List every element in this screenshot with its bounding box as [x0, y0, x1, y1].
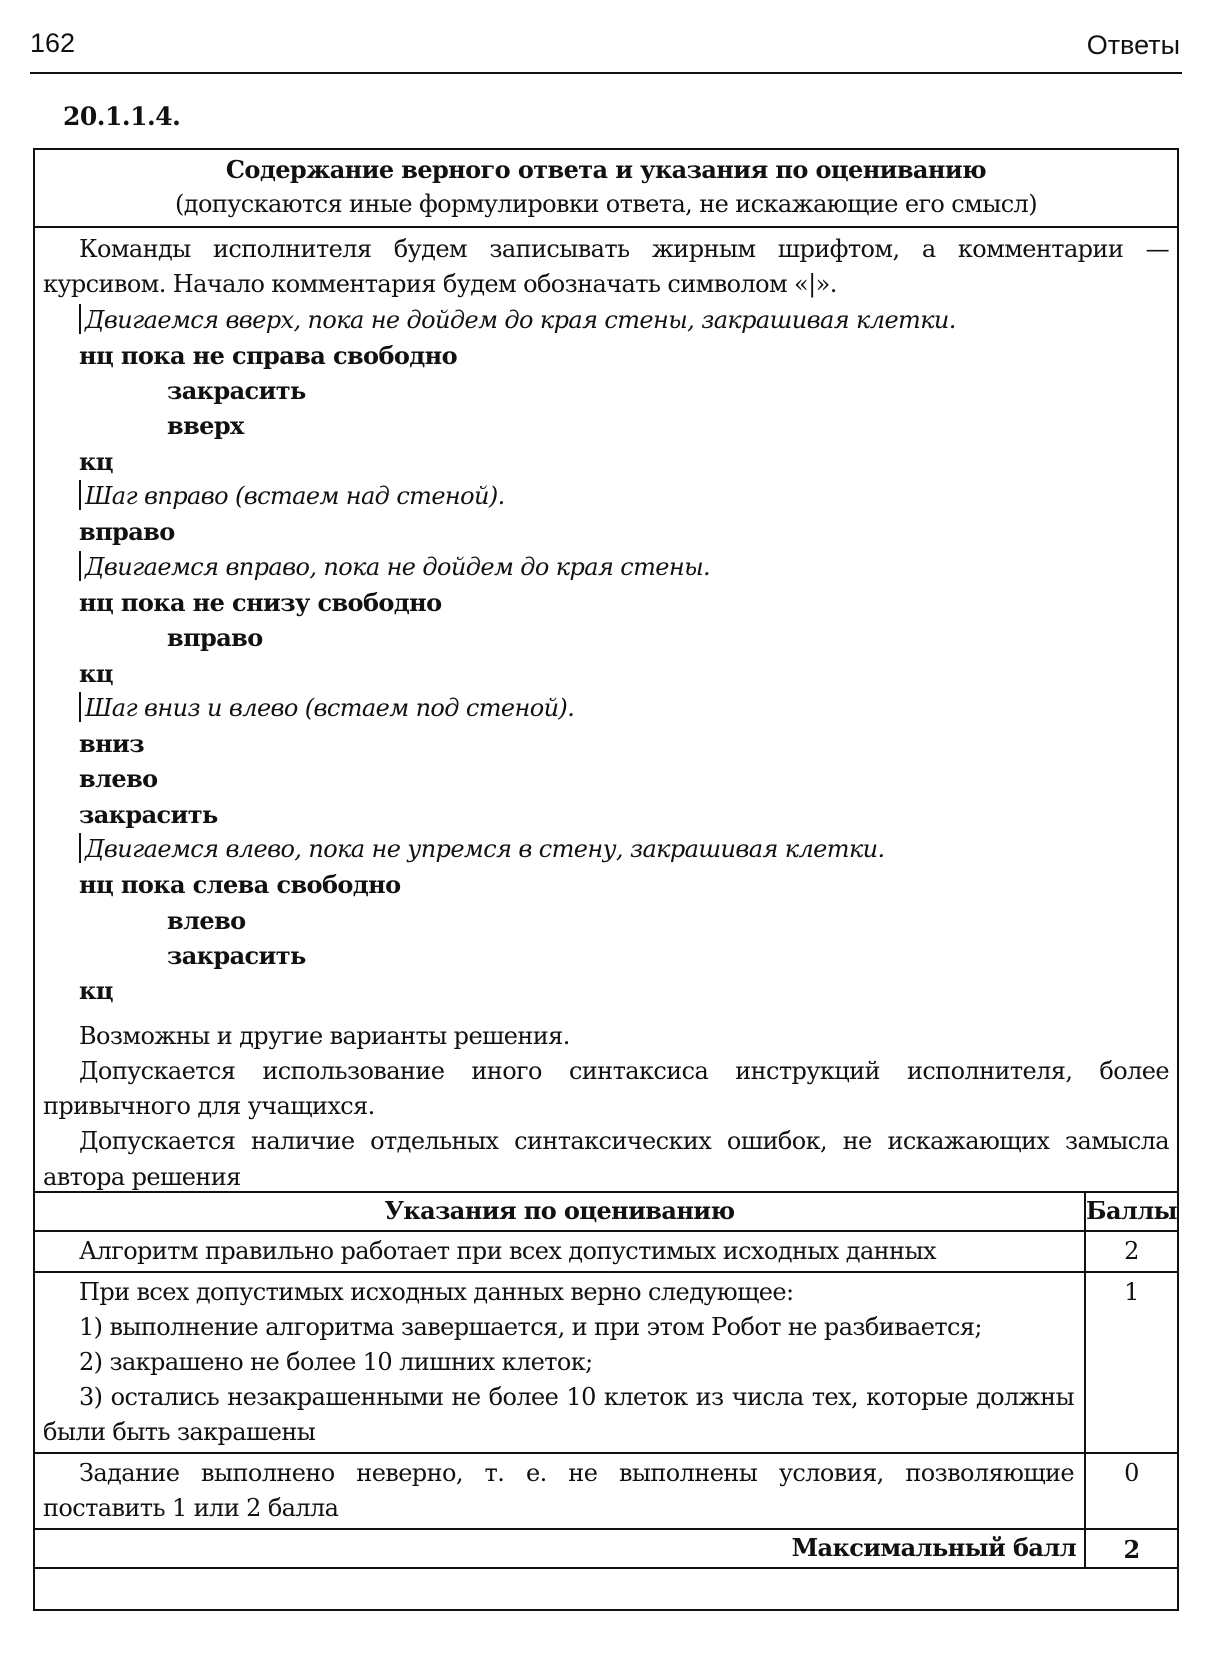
note-paragraph: Допускается наличие отдельных синтаксиче… — [43, 1124, 1169, 1195]
comment-marker-icon — [79, 692, 81, 722]
grading-table: Указания по оцениванию Баллы Алгоритм пр… — [33, 1191, 1179, 1569]
answer-box: Содержание верного ответа и указания по … — [33, 148, 1179, 1611]
comment-marker-icon — [79, 480, 81, 510]
task-number: 20.1.1.4. — [63, 102, 180, 131]
note-paragraph: Допускается использование иного синтакси… — [43, 1054, 1169, 1125]
answer-box-subtitle: (допускаются иные формулировки ответа, н… — [35, 187, 1177, 222]
running-title: Ответы — [1087, 30, 1180, 61]
code-command: закрасить — [43, 797, 1169, 832]
code-command: вниз — [43, 726, 1169, 761]
criteria-column-header: Указания по оцениванию — [34, 1192, 1085, 1231]
criteria-text: 1) выполнение алгоритма завершается, и п… — [43, 1310, 1074, 1345]
code-comment: Двигаемся вправо, пока не дойдем до края… — [43, 550, 1169, 585]
code-command: кц — [43, 656, 1169, 691]
code-command: закрасить — [43, 938, 1169, 973]
criteria-text: Алгоритм правильно работает при всех доп… — [43, 1234, 1074, 1269]
page-header: 162 Ответы — [30, 22, 1182, 74]
code-command: влево — [43, 903, 1169, 938]
max-score-value: 2 — [1085, 1529, 1178, 1568]
code-command: нц пока не снизу свободно — [43, 585, 1169, 620]
answer-content: Команды исполнителя будем записывать жир… — [35, 228, 1177, 1195]
criteria-cell: Задание выполнено неверно, т. е. не выпо… — [34, 1453, 1085, 1529]
code-comment: Двигаемся влево, пока не упремся в стену… — [43, 832, 1169, 867]
intro-paragraph: Команды исполнителя будем записывать жир… — [43, 232, 1169, 303]
criteria-cell: При всех допустимых исходных данных верн… — [34, 1272, 1085, 1453]
points-cell: 2 — [1085, 1231, 1178, 1272]
code-comment: Шаг вниз и влево (встаем под стеной). — [43, 691, 1169, 726]
grading-header-row: Указания по оцениванию Баллы — [34, 1192, 1178, 1231]
code-command: закрасить — [43, 373, 1169, 408]
grading-row: При всех допустимых исходных данных верн… — [34, 1272, 1178, 1453]
criteria-cell: Алгоритм правильно работает при всех доп… — [34, 1231, 1085, 1272]
criteria-text: 2) закрашено не более 10 лишних клеток; — [43, 1345, 1074, 1380]
max-score-label: Максимальный балл — [34, 1529, 1085, 1568]
code-command: нц пока слева свободно — [43, 867, 1169, 902]
answer-box-title: Содержание верного ответа и указания по … — [35, 150, 1177, 187]
criteria-text: 3) остались незакрашенными не более 10 к… — [43, 1380, 1074, 1450]
code-command: кц — [43, 444, 1169, 479]
code-command: кц — [43, 973, 1169, 1008]
code-listing: Двигаемся вверх, пока не дойдем до края … — [43, 303, 1169, 1009]
grading-row: Задание выполнено неверно, т. е. не выпо… — [34, 1453, 1178, 1529]
max-score-row: Максимальный балл 2 — [34, 1529, 1178, 1568]
comment-marker-icon — [79, 304, 81, 334]
criteria-text: При всех допустимых исходных данных верн… — [43, 1275, 1074, 1310]
code-command: вправо — [43, 514, 1169, 549]
code-command: вправо — [43, 620, 1169, 655]
page-number: 162 — [30, 28, 75, 59]
notes: Возможны и другие варианты решения.Допус… — [43, 1019, 1169, 1195]
points-column-header: Баллы — [1085, 1192, 1178, 1231]
note-paragraph: Возможны и другие варианты решения. — [43, 1019, 1169, 1054]
answer-box-header: Содержание верного ответа и указания по … — [35, 150, 1177, 228]
code-comment: Шаг вправо (встаем над стеной). — [43, 479, 1169, 514]
code-comment: Двигаемся вверх, пока не дойдем до края … — [43, 303, 1169, 338]
criteria-text: Задание выполнено неверно, т. е. не выпо… — [43, 1456, 1074, 1526]
code-command: нц пока не справа свободно — [43, 338, 1169, 373]
comment-marker-icon — [79, 833, 81, 863]
code-command: вверх — [43, 408, 1169, 443]
code-command: влево — [43, 761, 1169, 796]
comment-marker-icon — [79, 551, 81, 581]
points-cell: 1 — [1085, 1272, 1178, 1453]
grading-row: Алгоритм правильно работает при всех доп… — [34, 1231, 1178, 1272]
points-cell: 0 — [1085, 1453, 1178, 1529]
